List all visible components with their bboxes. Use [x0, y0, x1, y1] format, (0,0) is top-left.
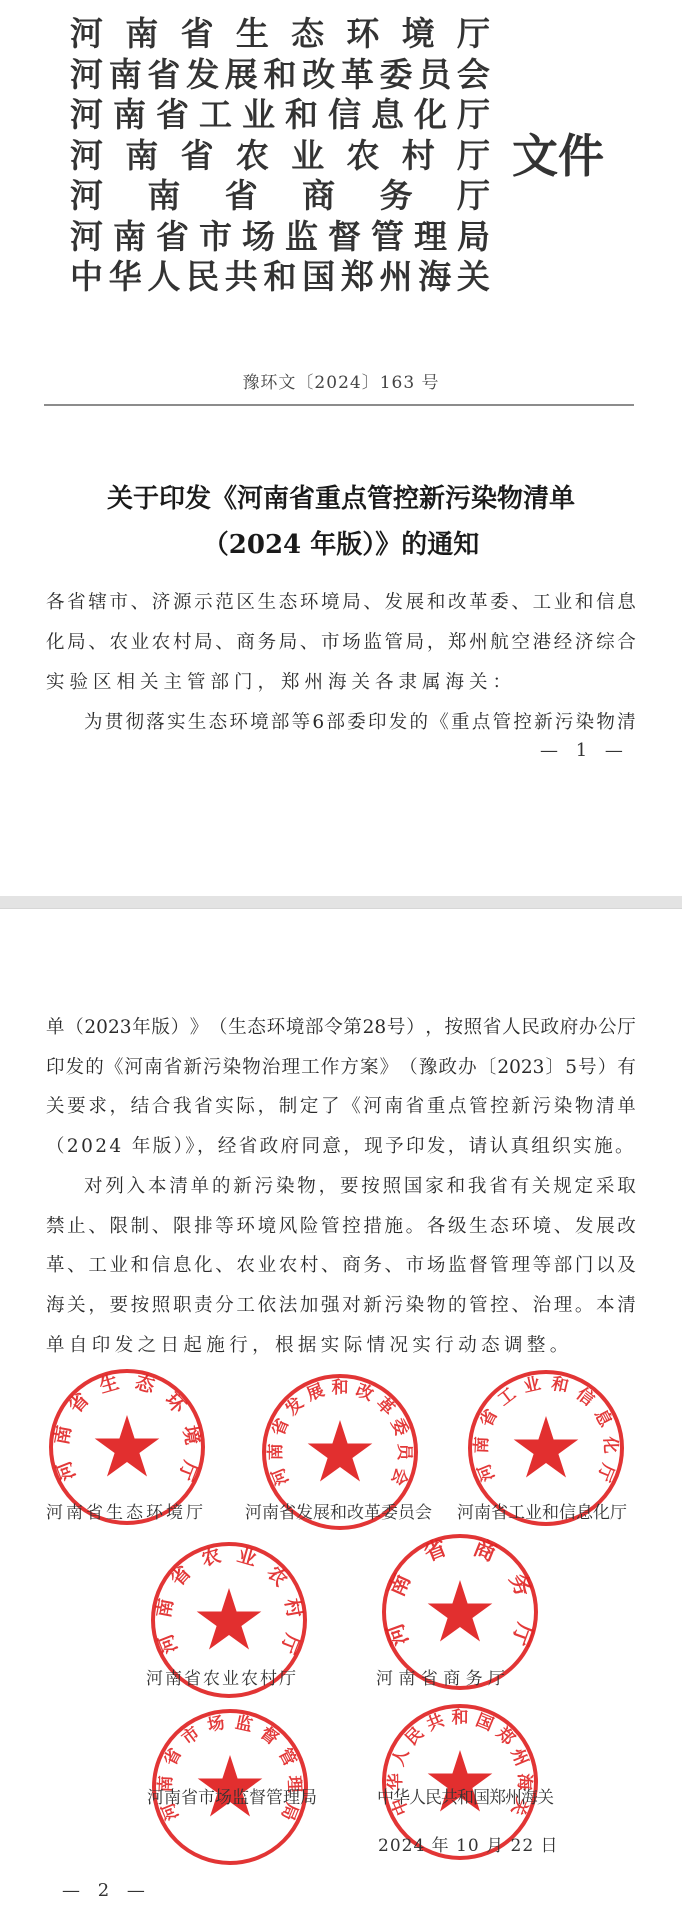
signatory-name: 河南省发展和改革委员会: [245, 1498, 432, 1523]
page-separator: [0, 896, 682, 909]
body-line: 单（2023年版）》（生态环境部令第28号），按照省人民政府办公厅: [46, 1015, 636, 1041]
issuing-org: 中华人民共和国郑州海关: [70, 257, 490, 298]
header-divider: [44, 404, 634, 406]
body-line: 为贯彻落实生态环境部等6部委印发的《重点管控新污染物清: [84, 710, 636, 736]
issuing-organizations: 河南省生态环境厅 河南省发展和改革委员会 河南省工业和信息化厅 河南省农业农村厅…: [70, 14, 490, 298]
issuing-org: 河南省农业农村厅: [70, 136, 490, 177]
body-line: 印发的《河南省新污染物治理工作方案》（豫政办〔2023〕5号）有: [46, 1055, 636, 1081]
body-line: 关要求，结合我省实际，制定了《河南省重点管控新污染物清单: [46, 1094, 636, 1120]
body-line: 化局、农业农村局、商务局、市场监管局，郑州航空港经济综合: [46, 630, 636, 656]
document-title-line-2: （2024 年版）》的通知: [0, 524, 682, 561]
issuing-org: 河南省市场监督管理局: [70, 217, 490, 258]
signatory-name: 河 南 省 商 务 厅: [376, 1664, 505, 1689]
body-line: 对列入本清单的新污染物，要按照国家和我省有关规定采取: [84, 1174, 636, 1200]
document-page-1: 河南省生态环境厅 河南省发展和改革委员会 河南省工业和信息化厅 河南省农业农村厅…: [0, 0, 682, 896]
body-line: 禁止、限制、限排等环境风险管控措施。各级生态环境、发展改: [46, 1214, 636, 1240]
signatory-name: 中华人民共和国郑州海关: [377, 1783, 553, 1808]
body-line: 单自印发之日起施行，根据实际情况实行动态调整。: [46, 1333, 636, 1359]
issuing-org: 河南省工业和信息化厅: [70, 95, 490, 136]
body-line: （2024 年版）》，经省政府同意，现予印发，请认真组织实施。: [46, 1134, 636, 1160]
star-icon: [308, 1420, 373, 1482]
signatory-name: 河南省市场监督管理局: [147, 1783, 317, 1808]
body-line: 实验区相关主管部门，郑州海关各隶属海关：: [46, 670, 636, 696]
signatory-name: 河南省农业农村厅: [146, 1664, 298, 1689]
body-line: 海关，要按照职责分工依法加强对新污染物的管控、治理。本清: [46, 1293, 636, 1319]
body-line: 各省辖市、济源示范区生态环境局、发展和改革委、工业和信息: [46, 590, 636, 616]
page-number: — 1 —: [540, 740, 629, 761]
star-icon: [95, 1415, 160, 1477]
signatory-name: 河南省工业和信息化厅: [457, 1498, 627, 1523]
body-line: 革、工业和信息化、农业农村、商务、市场监督管理等部门以及: [46, 1253, 636, 1279]
document-number: 豫环文〔2024〕163 号: [0, 368, 682, 393]
star-icon: [428, 1580, 493, 1642]
issuing-org: 河南省生态环境厅: [70, 14, 490, 55]
star-icon: [514, 1416, 579, 1478]
signatory-name: 河南省生态环境厅: [46, 1498, 206, 1523]
document-title-line-1: 关于印发《河南省重点管控新污染物清单: [0, 478, 682, 515]
star-icon: [197, 1588, 262, 1650]
issuing-org: 河南省发展和改革委员会: [70, 55, 490, 96]
issuing-org: 河南省商务厅: [70, 176, 490, 217]
page-number: — 2 —: [62, 1880, 151, 1901]
issue-date: 2024 年 10 月 22 日: [378, 1831, 559, 1856]
document-type-label: 文件: [512, 128, 604, 184]
